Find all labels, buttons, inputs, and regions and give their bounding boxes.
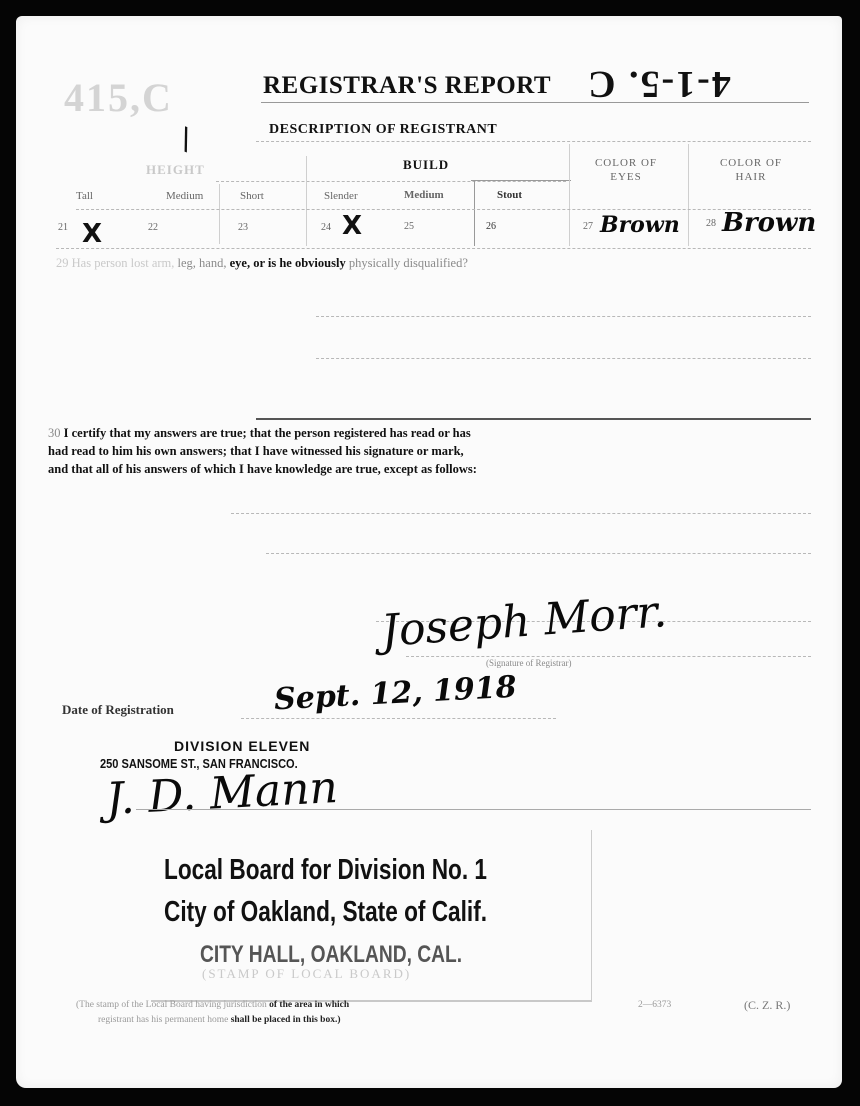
serial-stamp: 415,C — [64, 74, 173, 121]
exceptions-line-1 — [231, 513, 811, 514]
cell-number-24: 24 — [321, 222, 331, 233]
hair-color-header: COLOR OF HAIR — [706, 156, 796, 184]
footer-note: (The stamp of the Local Board having jur… — [76, 998, 349, 1028]
cell-number-23: 23 — [238, 222, 248, 233]
cell-number-22: 22 — [148, 222, 158, 233]
eye-color-header: COLOR OF EYES — [581, 156, 671, 184]
registrar-signature: Joseph Morr. — [380, 586, 669, 657]
registration-card: 415,C \ REGISTRAR'S REPORT 4-1-5. C DESC… — [16, 16, 842, 1088]
height-tall-mark: X — [82, 219, 102, 249]
subtitle-rule — [256, 141, 811, 142]
build-stout-label: Stout — [497, 189, 522, 201]
form-subtitle: DESCRIPTION OF REGISTRANT — [269, 122, 497, 138]
upside-down-stamp: 4-1-5. C — [586, 62, 731, 106]
signature-caption: (Signature of Registrar) — [486, 658, 571, 668]
form-number: 2—6373 — [638, 1000, 671, 1010]
cell-number-27: 27 — [583, 221, 593, 232]
build-header: BUILD — [403, 157, 449, 173]
cell-number-21: 21 — [58, 222, 68, 233]
title-rule — [261, 102, 809, 103]
height-medium-label: Medium — [166, 190, 203, 202]
form-title: REGISTRAR'S REPORT — [263, 72, 551, 100]
date-label: Date of Registration — [62, 702, 174, 718]
registration-date: Sept. 12, 1918 — [273, 670, 517, 718]
certification-text: 30 I certify that my answers are true; t… — [48, 424, 477, 478]
build-medium-label: Medium — [404, 189, 444, 201]
height-tall-label: Tall — [76, 190, 93, 202]
question-29: 29 Has person lost arm, leg, hand, eye, … — [56, 256, 468, 271]
eye-color-value: Brown — [600, 212, 680, 238]
local-board-line2: City of Oakland, State of Calif. — [164, 896, 487, 929]
division-stamp-line1: DIVISION ELEVEN — [174, 738, 310, 754]
hair-color-value: Brown — [722, 208, 816, 238]
corner-code: (C. Z. R.) — [744, 998, 790, 1013]
build-slender-mark: X — [342, 211, 362, 241]
height-header: HEIGHT — [146, 162, 205, 178]
local-board-caption: (STAMP OF LOCAL BOARD) — [202, 966, 411, 982]
board-official-signature: J. D. Mann — [105, 762, 339, 825]
answer-line-3 — [256, 418, 811, 420]
build-slender-label: Slender — [324, 190, 358, 202]
cell-number-28: 28 — [706, 218, 716, 229]
pen-stroke-mark: \ — [174, 118, 198, 161]
local-board-line1: Local Board for Division No. 1 — [164, 854, 487, 887]
cell-number-26: 26 — [486, 221, 496, 232]
answer-line-1 — [316, 316, 811, 317]
height-short-label: Short — [240, 190, 264, 202]
local-board-line3: CITY HALL, OAKLAND, CAL. — [200, 941, 462, 969]
answer-line-2 — [316, 358, 811, 359]
cell-number-25: 25 — [404, 221, 414, 232]
exceptions-line-2 — [266, 553, 811, 554]
